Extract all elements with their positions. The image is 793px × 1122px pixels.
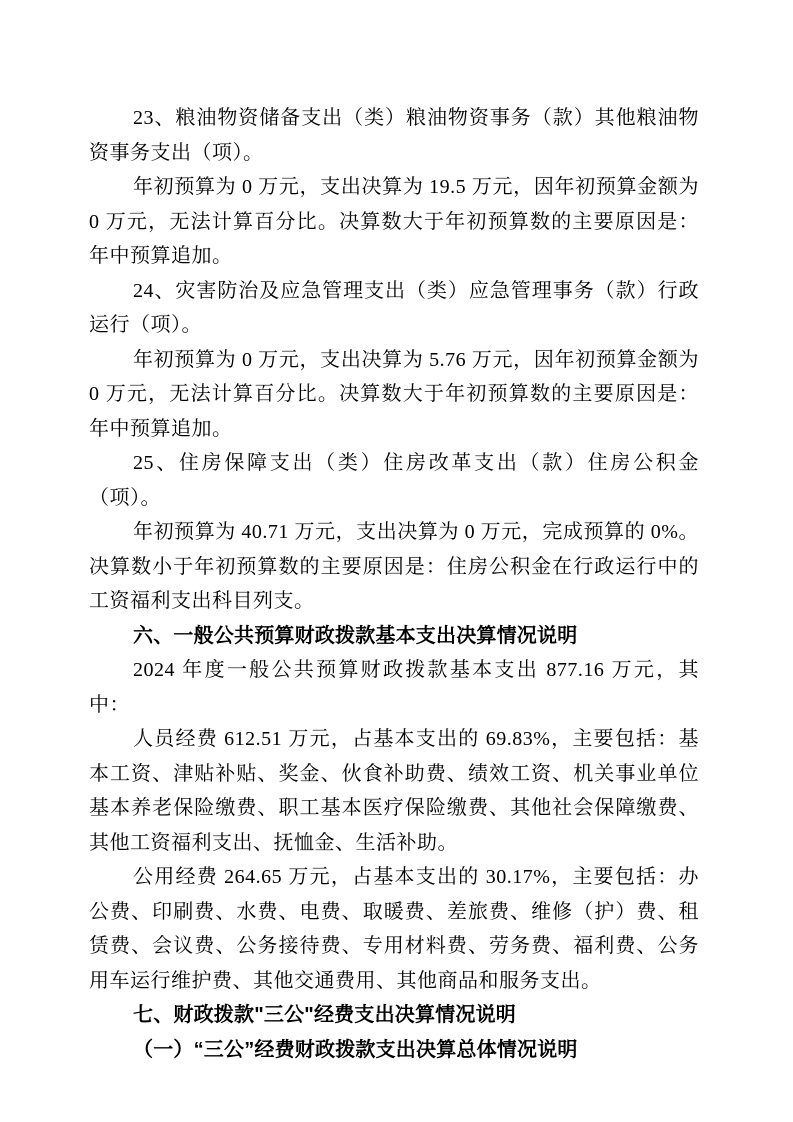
- paragraph-item-23-budget-note: 年初预算为 0 万元，支出决算为 19.5 万元，因年初预算金额为 0 万元，无…: [89, 170, 699, 274]
- document-page: 23、粮油物资储备支出（类）粮油物资事务（款）其他粮油物资事务支出（项）。 年初…: [0, 0, 793, 1122]
- paragraph-personnel-expense: 人员经费 612.51 万元，占基本支出的 69.83%，主要包括：基本工资、津…: [89, 722, 699, 860]
- paragraph-item-24-budget-note: 年初预算为 0 万元，支出决算为 5.76 万元，因年初预算金额为 0 万元，无…: [89, 343, 699, 447]
- paragraph-basic-expenditure-total: 2024 年度一般公共预算财政拨款基本支出 877.16 万元，其中：: [89, 653, 699, 722]
- section-heading-seven-three-public-funds: 七、财政拨款"三公"经费支出决算情况说明: [89, 998, 699, 1033]
- document-body: 23、粮油物资储备支出（类）粮油物资事务（款）其他粮油物资事务支出（项）。 年初…: [89, 101, 699, 1067]
- paragraph-item-25-budget-note: 年初预算为 40.71 万元，支出决算为 0 万元，完成预算的 0%。决算数小于…: [89, 515, 699, 619]
- paragraph-item-23: 23、粮油物资储备支出（类）粮油物资事务（款）其他粮油物资事务支出（项）。: [89, 101, 699, 170]
- paragraph-public-expense: 公用经费 264.65 万元，占基本支出的 30.17%，主要包括：办公费、印刷…: [89, 860, 699, 998]
- paragraph-item-25: 25、住房保障支出（类）住房改革支出（款）住房公积金（项）。: [89, 446, 699, 515]
- subsection-heading-one-overall-situation: （一）“三公”经费财政拨款支出决算总体情况说明: [89, 1033, 699, 1068]
- paragraph-item-24: 24、灾害防治及应急管理支出（类）应急管理事务（款）行政运行（项）。: [89, 274, 699, 343]
- section-heading-six-basic-expenditure: 六、一般公共预算财政拨款基本支出决算情况说明: [89, 619, 699, 654]
